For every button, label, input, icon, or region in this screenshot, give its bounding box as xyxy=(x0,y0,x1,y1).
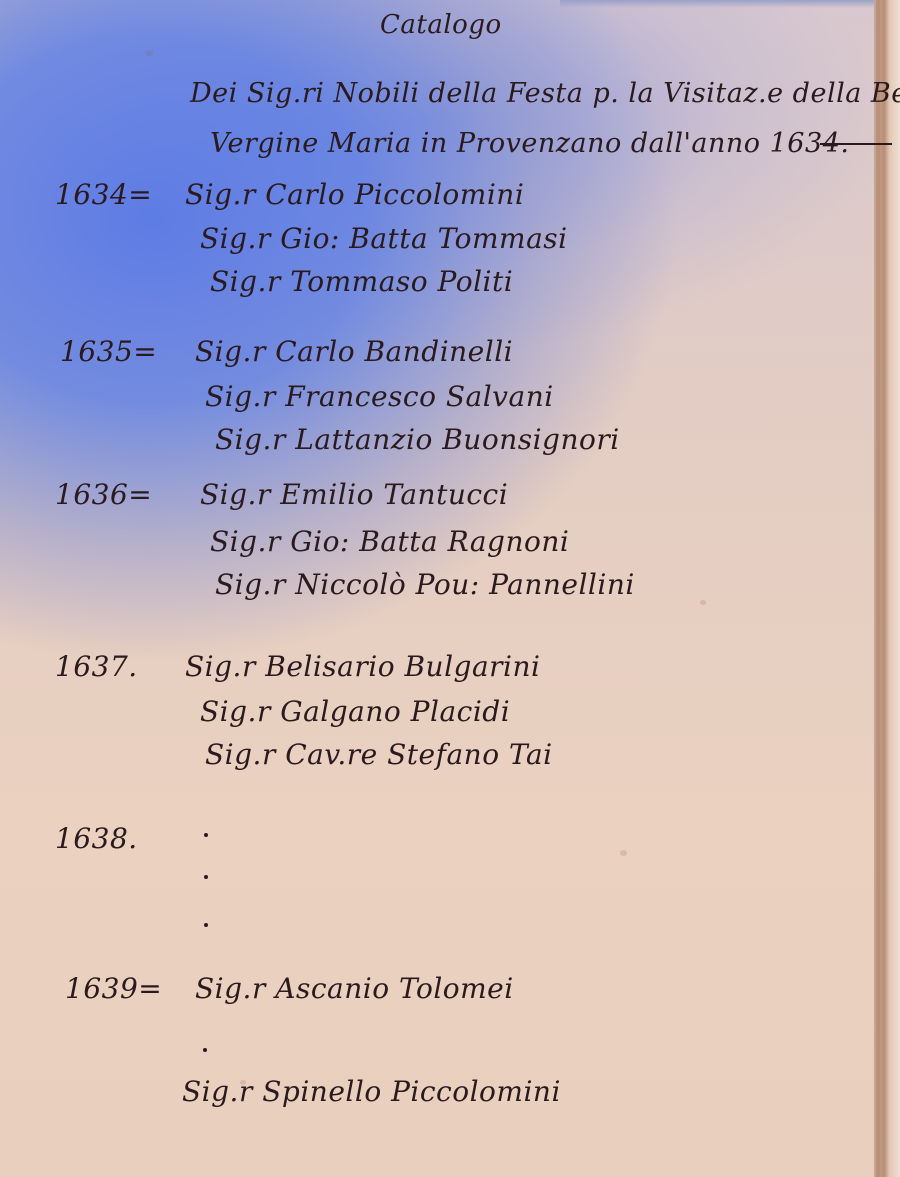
foxing-stain xyxy=(700,600,706,605)
entry-name: Sig.r Francesco Salvani xyxy=(205,380,554,413)
entry-year: 1634= xyxy=(55,178,152,211)
foxing-stain xyxy=(620,850,627,856)
entry-year: 1637. xyxy=(55,650,138,683)
entry-name: Sig.r Niccolò Pou: Pannellini xyxy=(215,568,635,601)
entry-name: Sig.r Galgano Placidi xyxy=(200,695,510,728)
ink-dot xyxy=(203,1048,207,1052)
placeholder-dot xyxy=(204,833,208,837)
entry-name: Sig.r Belisario Bulgarini xyxy=(185,650,540,683)
entry-year: 1639= xyxy=(65,972,162,1005)
entry-name: Sig.r Lattanzio Buonsignori xyxy=(215,423,620,456)
entry-name: Sig.r Emilio Tantucci xyxy=(200,478,508,511)
placeholder-dot xyxy=(204,923,208,927)
heading-line-1: Dei Sig.ri Nobili della Festa p. la Visi… xyxy=(190,78,900,109)
entry-name: Sig.r Tommaso Politi xyxy=(210,265,513,298)
entry-name: Sig.r Carlo Piccolomini xyxy=(185,178,524,211)
placeholder-dot xyxy=(204,875,208,879)
entry-name: Sig.r Spinello Piccolomini xyxy=(182,1075,561,1108)
page-top-edge xyxy=(560,0,900,8)
foxing-stain xyxy=(145,50,153,56)
heading-line-2: Vergine Maria in Provenzano dall'anno 16… xyxy=(210,128,849,159)
entry-name: Sig.r Gio: Batta Ragnoni xyxy=(210,525,569,558)
entry-name: Sig.r Ascanio Tolomei xyxy=(195,972,514,1005)
entry-name: Sig.r Gio: Batta Tommasi xyxy=(200,222,568,255)
manuscript-page: Catalogo Dei Sig.ri Nobili della Festa p… xyxy=(0,0,900,1177)
entry-year: 1635= xyxy=(60,335,157,368)
entry-year: 1636= xyxy=(55,478,152,511)
entry-year: 1638. xyxy=(55,822,138,855)
catalog-title: Catalogo xyxy=(380,10,502,40)
entry-name: Sig.r Cav.re Stefano Tai xyxy=(205,738,553,771)
heading-flourish-rule xyxy=(820,143,892,145)
page-fold-line xyxy=(876,0,880,1177)
entry-name: Sig.r Carlo Bandinelli xyxy=(195,335,513,368)
